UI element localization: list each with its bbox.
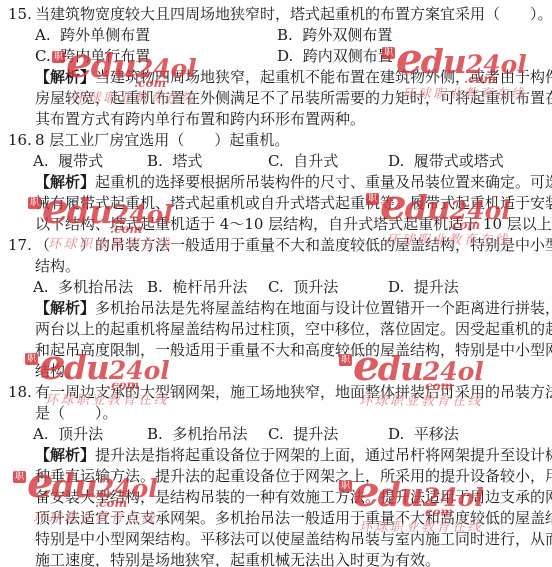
option-a: A. 跨外单侧布置 [35, 25, 150, 46]
analysis-line: 械有履带式起重机、塔式起重机或自升式塔式起重机等。履带式起重机适于安装 4 层 [0, 193, 552, 214]
analysis-line: 【解析】提升法是指将起重设备位于网架的上面，通过吊杆将网架提升至设计标高的一 [0, 445, 552, 466]
option-c: C. 自升式 [268, 151, 338, 172]
analysis-label: 【解析】 [35, 446, 95, 464]
option-a: A. 履带式 [33, 151, 103, 172]
question-number: 17. [8, 235, 32, 256]
question-stem-line: 15.当建筑物宽度较大且四周场地狭窄时，塔式起重机的布置方案宜采用（ ）。 [0, 4, 552, 25]
analysis-line: 【解析】起重机的选择要根据所吊装构件的尺寸、重量及吊装位置来确定。可选择的机 [0, 172, 552, 193]
options-row: A. 多机抬吊法B. 桅杆吊升法C. 顶升法D. 提升法 [0, 277, 552, 298]
analysis-line: 【解析】当建筑物四周场地狭窄，起重机不能布置在建筑物外侧，或者由于构件较重、 [0, 67, 552, 88]
question-stem-text: 有一周边支承的大型钢网架，施工场地狭窄，地面整体拼装后可采用的吊装方法 [35, 383, 552, 401]
option-b: B. 多机抬吊法 [147, 424, 247, 445]
question-stem-line: 16.8 层工业厂房宜选用（ ）起重机。 [0, 130, 552, 151]
options-row: A. 履带式B. 塔式C. 自升式D. 履带式或塔式 [0, 151, 552, 172]
analysis-line: 施工速度，特别是场地狭窄，起重机械无法出入时更为有效。 [0, 550, 552, 567]
question-stem-line: 17.（ ）的吊装方法一般适用于重量不大和盖度较低的屋盖结构，特别是中小型网架 [0, 235, 552, 256]
question-number: 18. [8, 382, 32, 403]
analysis-text: 提升法是指将起重设备位于网架的上面，通过吊杆将网架提升至设计标高的一 [95, 446, 552, 464]
analysis-line: 特别是中小型网架结构。平移法可以使屋盖结构吊装与室内施工同时进行，从而加快 [0, 529, 552, 550]
question-stem-line: 18.有一周边支承的大型钢网架，施工场地狭窄，地面整体拼装后可采用的吊装方法 [0, 382, 552, 403]
analysis-line: 其布置方式有跨内单行布置和跨内环形布置两种。 [0, 109, 552, 130]
analysis-label: 【解析】 [35, 299, 95, 317]
question-16: 16.8 层工业厂房宜选用（ ）起重机。 A. 履带式B. 塔式C. 自升式D.… [0, 130, 552, 235]
option-b: B. 塔式 [147, 151, 202, 172]
analysis-text: 械有履带式起重机、塔式起重机或自升式塔式起重机等。履带式起重机适于安装 4 层 [35, 194, 552, 212]
analysis-label: 【解析】 [35, 173, 95, 191]
question-number: 16. [8, 130, 32, 151]
option-d: D. 跨内双侧布置 [277, 46, 393, 67]
analysis-line: 和起吊高度限制，一般适用于重量不大和高度较低的屋盖结构，特别是中小型网架 [0, 340, 552, 361]
analysis-line: 顶升法适宜于点支承网架。多机抬吊法一般适用于重量不大和高度较低的屋盖结构， [0, 508, 552, 529]
question-17: 17.（ ）的吊装方法一般适用于重量不大和盖度较低的屋盖结构，特别是中小型网架 … [0, 235, 552, 382]
analysis-line: 以下结构、塔式起重机适于 4～10 层结构，自升式塔式起重机适于 10 层以上结… [0, 214, 552, 235]
analysis-text: 以下结构、塔式起重机适于 4～10 层结构，自升式塔式起重机适于 10 层以上结… [35, 215, 552, 233]
question-stem-text: 结构。 [35, 257, 80, 275]
analysis-text: 施工速度，特别是场地狭窄，起重机械无法出入时更为有效。 [35, 551, 440, 567]
analysis-text: 两台以上的起重机将屋盖结构吊过柱顶，空中移位，落位固定。因受起重机的起重量 [35, 320, 552, 338]
analysis-text: 多机抬吊法是先将屋盖结构在地面与设计位置错开一个距离进行拼装，然后用 [95, 299, 552, 317]
analysis-text: 特别是中小型网架结构。平移法可以使屋盖结构吊装与室内施工同时进行，从而加快 [35, 530, 552, 548]
analysis-line: 结构。 [0, 361, 552, 382]
question-list: 15.当建筑物宽度较大且四周场地狭窄时，塔式起重机的布置方案宜采用（ ）。 A.… [0, 0, 552, 567]
analysis-text: 房屋较宽，起重机布置在外侧满足不了吊装所需要的力矩时，可将起重机布置在跨内， [35, 89, 552, 107]
analysis-label: 【解析】 [35, 68, 95, 86]
exam-document-page: 15.当建筑物宽度较大且四周场地狭窄时，塔式起重机的布置方案宜采用（ ）。 A.… [0, 0, 552, 567]
analysis-line: 房屋较宽，起重机布置在外侧满足不了吊装所需要的力矩时，可将起重机布置在跨内， [0, 88, 552, 109]
option-c: C. 顶升法 [268, 277, 338, 298]
analysis-line: 【解析】多机抬吊法是先将屋盖结构在地面与设计位置错开一个距离进行拼装，然后用 [0, 298, 552, 319]
analysis-text: 当建筑物四周场地狭窄，起重机不能布置在建筑物外侧，或者由于构件较重、 [95, 68, 552, 86]
question-stem-text: 8 层工业厂房宜选用（ ）起重机。 [35, 131, 289, 149]
analysis-text: 结构。 [35, 362, 80, 380]
option-a: A. 顶升法 [33, 424, 103, 445]
option-a: A. 多机抬吊法 [33, 277, 133, 298]
analysis-text: 其布置方式有跨内单行布置和跨内环形布置两种。 [35, 110, 365, 128]
analysis-line: 备安装大型结构，是结构吊装的一种有效施工方法。提升法适用于周边支承的网架。 [0, 487, 552, 508]
option-c: C. 跨内单行布置 [35, 46, 150, 67]
option-d: D. 提升法 [388, 277, 459, 298]
option-d: D. 履带式或塔式 [388, 151, 504, 172]
options-row: A. 顶升法B. 多机抬吊法C. 提升法D. 平移法 [0, 424, 552, 445]
analysis-text: 起重机的选择要根据所吊装构件的尺寸、重量及吊装位置来确定。可选择的机 [95, 173, 552, 191]
options-row: C. 跨内单行布置D. 跨内双侧布置 [0, 46, 552, 67]
options-row: A. 跨外单侧布置B. 跨外双侧布置 [0, 25, 552, 46]
analysis-text: 顶升法适宜于点支承网架。多机抬吊法一般适用于重量不大和高度较低的屋盖结构， [35, 509, 552, 527]
analysis-text: 备安装大型结构，是结构吊装的一种有效施工方法。提升法适用于周边支承的网架。 [35, 488, 552, 506]
question-stem-text: 是（ ）。 [35, 404, 118, 422]
analysis-line: 两台以上的起重机将屋盖结构吊过柱顶，空中移位，落位固定。因受起重机的起重量 [0, 319, 552, 340]
option-c: C. 提升法 [268, 424, 338, 445]
question-stem-line: 结构。 [0, 256, 552, 277]
option-b: B. 桅杆吊升法 [147, 277, 247, 298]
option-d: D. 平移法 [388, 424, 459, 445]
question-number: 15. [8, 4, 32, 25]
question-stem-text: 当建筑物宽度较大且四周场地狭窄时，塔式起重机的布置方案宜采用（ ）。 [35, 5, 552, 23]
analysis-text: 和起吊高度限制，一般适用于重量不大和高度较低的屋盖结构，特别是中小型网架 [35, 341, 552, 359]
question-stem-text: （ ）的吊装方法一般适用于重量不大和盖度较低的屋盖结构，特别是中小型网架 [35, 236, 552, 254]
analysis-line: 种垂直运输方法。提升法的起重设备位于网架之上，所采用的提升设备较小，用小设 [0, 466, 552, 487]
question-18: 18.有一周边支承的大型钢网架，施工场地狭窄，地面整体拼装后可采用的吊装方法 是… [0, 382, 552, 567]
analysis-text: 种垂直运输方法。提升法的起重设备位于网架之上，所采用的提升设备较小，用小设 [35, 467, 552, 485]
option-b: B. 跨外双侧布置 [277, 25, 392, 46]
question-15: 15.当建筑物宽度较大且四周场地狭窄时，塔式起重机的布置方案宜采用（ ）。 A.… [0, 4, 552, 130]
question-stem-line: 是（ ）。 [0, 403, 552, 424]
